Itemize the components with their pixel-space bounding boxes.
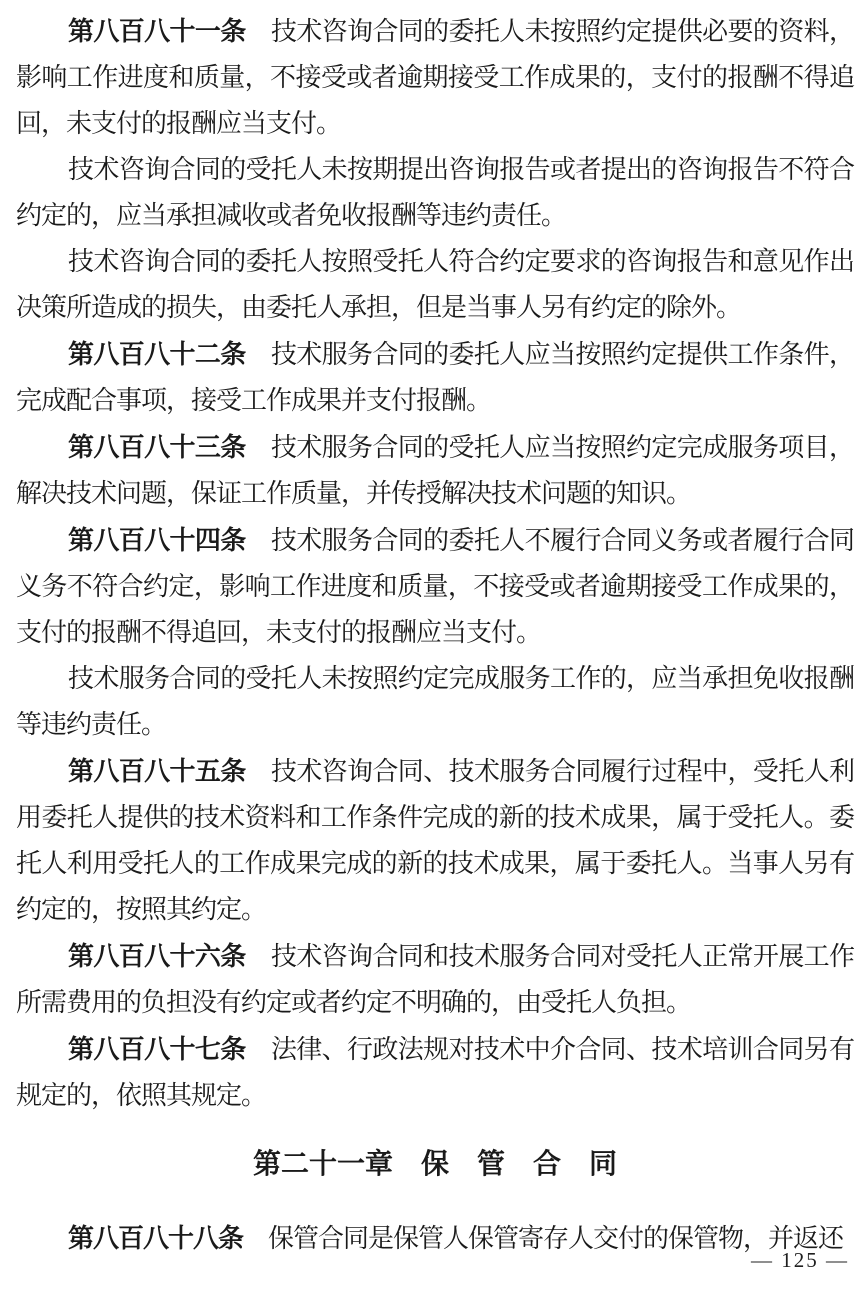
body-paragraph: 技术咨询合同的受托人未按期提出咨询报告或者提出的咨询报告不符合约定的，应当承担减… <box>16 147 854 239</box>
document-page: 第八百八十一条 技术咨询合同的委托人未按照约定提供必要的资料，影响工作进度和质量… <box>0 0 867 1289</box>
article-number: 第八百八十三条 <box>68 432 246 462</box>
article-number: 第八百八十六条 <box>68 941 246 971</box>
article-text: 技术服务合同的受托人未按照约定完成服务工作的，应当承担免收报酬等违约责任。 <box>16 664 854 739</box>
page-number-text: — 125 — <box>751 1248 849 1272</box>
page-number: — 125 — <box>751 1248 849 1273</box>
article-number: 第八百八十五条 <box>68 756 246 786</box>
article-paragraph: 第八百八十三条 技术服务合同的受托人应当按照约定完成服务项目，解决技术问题，保证… <box>16 424 854 517</box>
article-text: 技术咨询合同的受托人未按期提出咨询报告或者提出的咨询报告不符合约定的，应当承担减… <box>16 155 854 230</box>
article-number: 第八百八十七条 <box>68 1034 246 1064</box>
article-paragraph: 第八百八十四条 技术服务合同的委托人不履行合同义务或者履行合同义务不符合约定，影… <box>16 517 854 656</box>
article-paragraph: 第八百八十五条 技术咨询合同、技术服务合同履行过程中，受托人利用委托人提供的技术… <box>16 748 854 933</box>
document-body: 第八百八十一条 技术咨询合同的委托人未按照约定提供必要的资料，影响工作进度和质量… <box>16 8 854 1262</box>
article-number: 第八百八十四条 <box>68 525 246 555</box>
body-paragraph: 技术服务合同的受托人未按照约定完成服务工作的，应当承担免收报酬等违约责任。 <box>16 656 854 748</box>
body-paragraph: 技术咨询合同的委托人按照受托人符合约定要求的咨询报告和意见作出决策所造成的损失，… <box>16 239 854 331</box>
article-paragraph: 第八百八十七条 法律、行政法规对技术中介合同、技术培训合同另有规定的，依照其规定… <box>16 1026 854 1119</box>
article-text: 技术咨询合同的委托人按照受托人符合约定要求的咨询报告和意见作出决策所造成的损失，… <box>16 247 854 322</box>
chapter-heading: 第二十一章 保 管 合 同 <box>16 1141 854 1187</box>
article-paragraph: 第八百八十六条 技术咨询合同和技术服务合同对受托人正常开展工作所需费用的负担没有… <box>16 933 854 1026</box>
article-number: 第八百八十一条 <box>68 16 246 46</box>
article-number: 第八百八十八条 <box>68 1223 243 1253</box>
article-paragraph: 第八百八十二条 技术服务合同的委托人应当按照约定提供工作条件，完成配合事项，接受… <box>16 331 854 424</box>
article-paragraph: 第八百八十八条 保管合同是保管人保管寄存人交付的保管物，并返还 <box>16 1215 854 1262</box>
article-number: 第八百八十二条 <box>68 339 246 369</box>
article-paragraph: 第八百八十一条 技术咨询合同的委托人未按照约定提供必要的资料，影响工作进度和质量… <box>16 8 854 147</box>
